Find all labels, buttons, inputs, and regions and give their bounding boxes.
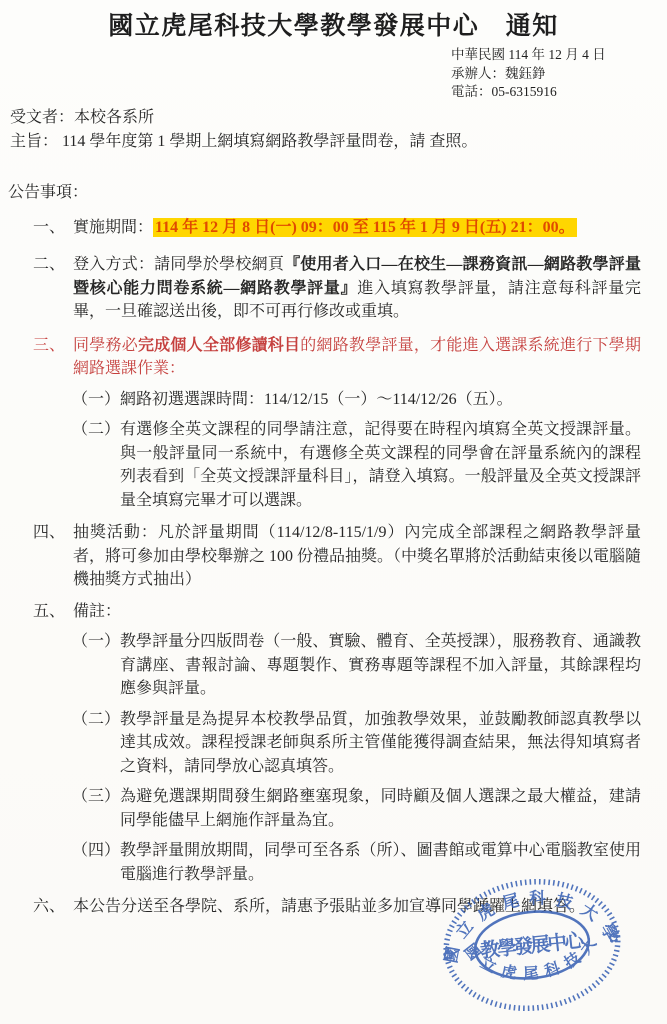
official-seal-stamp: 國立虎尾科技大學 國立虎尾科技大學 ✿ ✿ 教學發展中心 — [429, 864, 635, 1024]
item-text: 同學務必 — [73, 337, 138, 354]
item-text: 備註： — [73, 600, 641, 624]
item-body: 實施期間：114 年 12 月 8 日(一) 09：00 至 115 年 1 月… — [73, 216, 641, 240]
item-implementation-period: 一、 實施期間：114 年 12 月 8 日(一) 09：00 至 115 年 … — [0, 216, 641, 240]
item-body: 同學務必完成個人全部修讀科目的網路教學評量，才能進入選課系統進行下學期網路選課作… — [73, 334, 641, 381]
item-prefix: 實施期間： — [73, 219, 153, 236]
subitem-label: （一） — [72, 388, 120, 412]
item-body: 登入方式：請同學於學校網頁『使用者入口—在校生—課務資訊—網路教學評量暨核心能力… — [73, 253, 641, 324]
subitem-english-course-note: （二） 有選修全英文課程的同學請注意，記得要在時程內填寫全英文授課評量。與一般評… — [0, 418, 641, 512]
item-number: 四、 — [33, 521, 73, 592]
item-number: 六、 — [33, 895, 73, 919]
subject-line: 主旨： 114 學年度第 1 學期上網填寫網路教學評量問卷，請 查照。 — [10, 131, 667, 153]
subitem-label: （二） — [72, 708, 120, 779]
subitem-questionnaire-versions: （一） 教學評量分四版問卷（一般、實驗、體育、全英授課），服務教育、通識教育講座… — [0, 630, 641, 701]
subject-text: 114 學年度第 1 學期上網填寫網路教學評量問卷，請 查照。 — [62, 133, 477, 150]
subitem-label: （四） — [72, 839, 120, 886]
subitem-label: （三） — [72, 785, 120, 832]
subject-label: 主旨： — [10, 133, 58, 150]
subitem-text: 教學評量是為提昇本校教學品質，加強教學效果，並鼓勵教師認真教學以達其成效。課程授… — [120, 708, 641, 779]
highlighted-period: 114 年 12 月 8 日(一) 09：00 至 115 年 1 月 9 日(… — [153, 218, 577, 237]
item-must-complete: 三、 同學務必完成個人全部修讀科目的網路教學評量，才能進入選課系統進行下學期網路… — [0, 334, 641, 381]
announcement-heading: 公告事項： — [8, 182, 667, 204]
handler-name: 承辦人：魏鈺錚 — [451, 65, 651, 84]
recipient-line: 受文者：本校各系所 — [10, 107, 667, 129]
notice-document: 國立虎尾科技大學教學發展中心 通知 中華民國 114 年 12 月 4 日 承辦… — [0, 0, 667, 1024]
subitem-text: 教學評量分四版問卷（一般、實驗、體育、全英授課），服務教育、通識教育講座、書報討… — [120, 630, 641, 701]
subitem-label: （二） — [72, 418, 120, 512]
doc-date: 中華民國 114 年 12 月 4 日 — [451, 46, 651, 65]
item-number: 二、 — [33, 253, 73, 324]
item-number: 五、 — [33, 600, 73, 624]
subitem-label: （一） — [72, 630, 120, 701]
meta-block: 中華民國 114 年 12 月 4 日 承辦人：魏鈺錚 電話：05-631591… — [451, 46, 651, 102]
item-remarks: 五、 備註： — [0, 600, 641, 624]
item-text: 抽獎活動：凡於評量期間（114/12/8-115/1/9）內完成全部課程之網路教… — [73, 521, 641, 592]
subitem-text: 為避免選課期間發生網路壅塞現象，同時顧及個人選課之最大權益，建請同學能儘早上網施… — [120, 785, 641, 832]
flower-icon: ✿ — [442, 948, 455, 964]
item-lottery: 四、 抽獎活動：凡於評量期間（114/12/8-115/1/9）內完成全部課程之… — [0, 521, 641, 592]
item-text: 登入方式：請同學於學校網頁 — [73, 256, 284, 273]
subitem-course-selection-time: （一） 網路初選選課時間：114/12/15（一）～114/12/26（五）。 — [0, 388, 641, 412]
announcement-items: 一、 實施期間：114 年 12 月 8 日(一) 09：00 至 115 年 … — [0, 216, 667, 919]
flower-icon: ✿ — [607, 931, 620, 947]
page-title: 國立虎尾科技大學教學發展中心 通知 — [0, 0, 667, 42]
item-number: 三、 — [33, 334, 73, 381]
phone-number: 電話：05-6315916 — [451, 83, 651, 102]
item-number: 一、 — [33, 216, 73, 240]
subitem-evaluation-purpose: （二） 教學評量是為提昇本校教學品質，加強教學效果，並鼓勵教師認真教學以達其成效… — [0, 708, 641, 779]
subitem-avoid-congestion: （三） 為避免選課期間發生網路壅塞現象，同時顧及個人選課之最大權益，建請同學能儘… — [0, 785, 641, 832]
subitem-text: 網路初選選課時間：114/12/15（一）～114/12/26（五）。 — [120, 388, 641, 412]
subitem-text: 有選修全英文課程的同學請注意，記得要在時程內填寫全英文授課評量。與一般評量同一系… — [120, 418, 641, 512]
item-login-method: 二、 登入方式：請同學於學校網頁『使用者入口—在校生—課務資訊—網路教學評量暨核… — [0, 253, 641, 324]
item-bold-text: 完成個人全部修讀科目 — [138, 337, 300, 354]
